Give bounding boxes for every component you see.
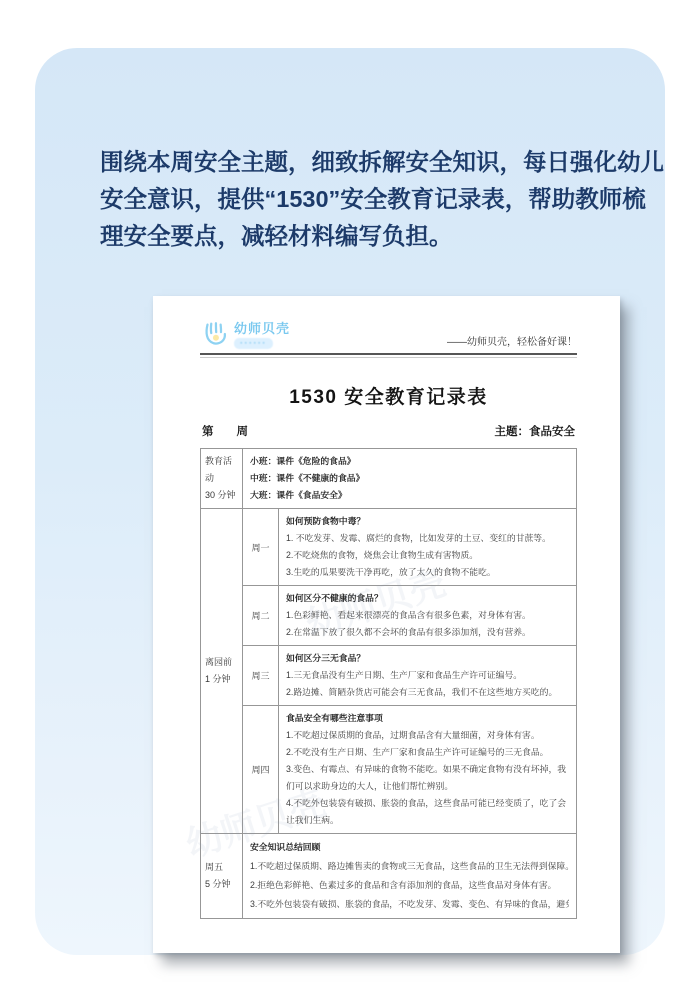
row-label-line: 周五 <box>205 859 240 876</box>
week-label: 第 周 <box>202 423 248 439</box>
content-line: 3.变色、有霉点、有异味的食物不能吃。如果不确定食物有没有坏掉，我们可以求助身边… <box>286 761 569 795</box>
cell-wednesday-content: 如何区分三无食品？ 1.三无食品没有生产日期、生产厂家和食品生产许可证编号。 2… <box>279 646 577 706</box>
record-table: 教育活动 30 分钟 小班：课件《危险的食品》 中班：课件《不健康的食品》 大班… <box>200 448 577 919</box>
content-line: 1.不吃超过保质期的食品，过期食品含有大量细菌，对身体有害。 <box>286 727 569 744</box>
header-slogan: ——幼师贝壳，轻松备好课！ <box>447 333 577 349</box>
content-line: 1.三无食品没有生产日期、生产厂家和食品生产许可证编号。 <box>286 667 569 684</box>
table-row-tuesday: 周二 如何区分不健康的食品？ 1.色彩鲜艳、看起来很漂亮的食品含有很多色素，对身… <box>201 586 577 646</box>
cell-thursday-content: 食品安全有哪些注意事项 1.不吃超过保质期的食品，过期食品含有大量细菌，对身体有… <box>279 706 577 834</box>
intro-line: 围绕本周安全主题，细致拆解安全知识，每日强化幼儿 <box>100 144 682 181</box>
row-label-friday: 周五 5 分钟 <box>201 834 243 919</box>
content-line: 2.拒绝色彩鲜艳、色素过多的食品和含有添加剂的食品，这些食品对身体有害。 <box>250 876 569 895</box>
content-line: 小班：课件《危险的食品》 <box>250 453 569 470</box>
table-row-thursday: 周四 食品安全有哪些注意事项 1.不吃超过保质期的食品，过期食品含有大量细菌，对… <box>201 706 577 834</box>
document-header: 幼师贝壳 ▪▪▪▪▪▪ ——幼师贝壳，轻松备好课！ <box>200 309 577 355</box>
row-label-line: 离园前 <box>205 654 240 671</box>
day-label-wednesday: 周三 <box>243 646 279 706</box>
row-label-line: 5 分钟 <box>205 876 240 893</box>
table-row-friday: 周五 5 分钟 安全知识总结回顾 1.不吃超过保质期、路边摊售卖的食物或三无食品… <box>201 834 577 919</box>
table-row-wednesday: 周三 如何区分三无食品？ 1.三无食品没有生产日期、生产厂家和食品生产许可证编号… <box>201 646 577 706</box>
content-title: 如何区分不健康的食品？ <box>286 590 569 607</box>
promo-card: 围绕本周安全主题，细致拆解安全知识，每日强化幼儿 安全意识，提供“1530”安全… <box>35 48 665 955</box>
content-title: 安全知识总结回顾 <box>250 838 569 857</box>
cell-activity-content: 小班：课件《危险的食品》 中班：课件《不健康的食品》 大班：课件《食品安全》 <box>243 449 577 509</box>
content-line: 1.色彩鲜艳、看起来很漂亮的食品含有很多色素，对身体有害。 <box>286 607 569 624</box>
row-label-before-leaving: 离园前 1 分钟 <box>201 509 243 834</box>
content-line: 3.生吃的瓜果要洗干净再吃，放了太久的食物不能吃。 <box>286 564 569 581</box>
row-label-activity: 教育活动 30 分钟 <box>201 449 243 509</box>
brand-text-block: 幼师贝壳 ▪▪▪▪▪▪ <box>234 318 290 349</box>
cell-tuesday-content: 如何区分不健康的食品？ 1.色彩鲜艳、看起来很漂亮的食品含有很多色素，对身体有害… <box>279 586 577 646</box>
document-paper: 幼师贝壳 幼师贝壳 <box>153 296 620 953</box>
intro-line: 安全意识，提供“1530”安全教育记录表，帮助教师梳 <box>100 181 682 218</box>
cell-monday-content: 如何预防食物中毒？ 1. 不吃发芽、发霉、腐烂的食物，比如发芽的土豆、变红的甘蔗… <box>279 509 577 586</box>
page: 围绕本周安全主题，细致拆解安全知识，每日强化幼儿 安全意识，提供“1530”安全… <box>0 0 700 999</box>
content-line: 1. 不吃发芽、发霉、腐烂的食物，比如发芽的土豆、变红的甘蔗等。 <box>286 530 569 547</box>
document-title: 1530 安全教育记录表 <box>200 382 577 409</box>
content-line: 1.不吃超过保质期、路边摊售卖的食物或三无食品，这些食品的卫生无法得到保障。 <box>250 857 569 876</box>
day-label-thursday: 周四 <box>243 706 279 834</box>
content-line: 2.路边摊、简陋杂货店可能会有三无食品，我们不在这些地方买吃的。 <box>286 684 569 701</box>
table-row-monday: 离园前 1 分钟 周一 如何预防食物中毒？ 1. 不吃发芽、发霉、腐烂的食物，比… <box>201 509 577 586</box>
row-label-line: 教育活动 <box>205 453 240 487</box>
day-label-monday: 周一 <box>243 509 279 586</box>
table-row-activity: 教育活动 30 分钟 小班：课件《危险的食品》 中班：课件《不健康的食品》 大班… <box>201 449 577 509</box>
meta-row: 第 周 主题：食品安全 <box>200 423 577 439</box>
content-line: 2.在常温下放了很久都不会坏的食品有很多添加剂，没有营养。 <box>286 624 569 641</box>
day-label-tuesday: 周二 <box>243 586 279 646</box>
content-title: 如何预防食物中毒？ <box>286 513 569 530</box>
content-title: 食品安全有哪些注意事项 <box>286 710 569 727</box>
content-line: 2.不吃烧焦的食物，烧焦会让食物生成有害物质。 <box>286 547 569 564</box>
content-line: 大班：课件《食品安全》 <box>250 487 569 504</box>
cell-friday-content: 安全知识总结回顾 1.不吃超过保质期、路边摊售卖的食物或三无食品，这些食品的卫生… <box>243 834 577 919</box>
brand-name: 幼师贝壳 <box>234 318 290 337</box>
intro-line: 理安全要点，减轻材料编写负担。 <box>100 218 682 255</box>
content-line: 3.不吃外包装袋有破损、胀袋的食品，不吃发芽、发霉、变色、有异味的食品，避免引起 <box>250 895 569 914</box>
theme-label: 主题：食品安全 <box>495 423 576 439</box>
content-line: 中班：课件《不健康的食品》 <box>250 470 569 487</box>
content-title: 如何区分三无食品？ <box>286 650 569 667</box>
row-label-line: 1 分钟 <box>205 671 240 688</box>
brand-badge: ▪▪▪▪▪▪ <box>234 338 273 349</box>
document-content: 幼师贝壳 幼师贝壳 <box>153 296 620 953</box>
content-line: 2.不吃没有生产日期、生产厂家和食品生产许可证编号的三无食品。 <box>286 744 569 761</box>
intro-paragraph: 围绕本周安全主题，细致拆解安全知识，每日强化幼儿 安全意识，提供“1530”安全… <box>100 144 682 255</box>
hand-shell-logo-icon <box>200 319 230 349</box>
content-line: 4.不吃外包装袋有破损、胀袋的食品，这些食品可能已经变质了，吃了会让我们生病。 <box>286 795 569 829</box>
row-label-line: 30 分钟 <box>205 487 240 504</box>
brand-logo: 幼师贝壳 ▪▪▪▪▪▪ <box>200 318 290 349</box>
